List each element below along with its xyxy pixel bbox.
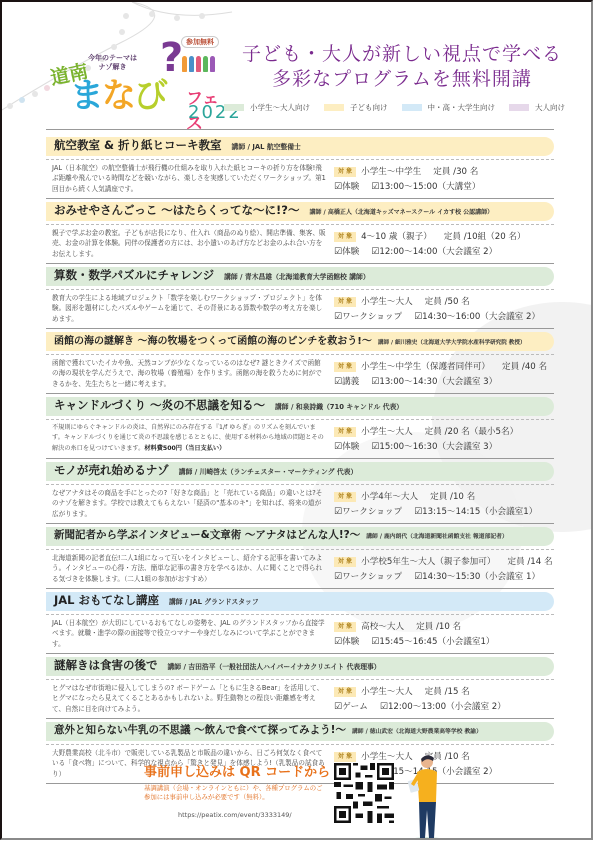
people-illustration-icon bbox=[182, 56, 215, 72]
program-title: 算数・数学パズルにチャレンジ bbox=[54, 267, 214, 283]
program-description: JAL（日本航空）の航空整備士が飛行機の仕組みを取り入れた紙ヒコーキの折り方を体… bbox=[46, 163, 326, 195]
legend-item: 小学生～大人向け bbox=[224, 102, 310, 113]
program-title: 謎解きは食害の後で bbox=[54, 657, 158, 673]
checkbox-icon: ☑ bbox=[334, 442, 342, 452]
program-lecturer: 講師 / JAL グランドスタッフ bbox=[169, 596, 259, 606]
program-lecturer: 講師 / 徳山武宏（北海道大野農業高等学校 教諭） bbox=[352, 726, 482, 735]
program-info: 対 象小学校5年生～大人（親子参加可）定員 /14 名 ☑ワークショップ☑14:… bbox=[326, 553, 553, 585]
flyer-page: 道南 今年のテーマは ナゾ解き ? 参加無料 まなび フェス 2022 子ども・… bbox=[0, 0, 593, 840]
program-title: モノが売れ始めるナゾ bbox=[54, 462, 169, 478]
program-info: 対 象小学生～大人定員 /20 名（最小5名） ☑体験☑15:00～16:30（… bbox=[326, 423, 518, 455]
program-item: JAL おもてなし講座 講師 / JAL グランドスタッフ JAL（日本航空）が… bbox=[46, 589, 554, 654]
registration-note: 基調講演（会場・オンラインともに）や、各種プログラムのご参加には事前申し込みが必… bbox=[144, 784, 324, 802]
person-with-tablet-illustration bbox=[405, 752, 445, 840]
qr-code[interactable] bbox=[334, 763, 394, 823]
program-title-bar: 函館の海の謎解き ～海の牧場をつくって函館の海のピンチを救おう!～ 講師 / 細… bbox=[46, 332, 554, 351]
logo-theme: 今年のテーマは ナゾ解き bbox=[88, 54, 137, 72]
program-lecturer: 講師 / 和泉詩織（710 キャンドル 代表） bbox=[275, 401, 403, 411]
program-title: 航空教室 & 折り紙ヒコーキ教室 bbox=[54, 137, 222, 153]
checkbox-icon: ☑ bbox=[334, 637, 342, 647]
program-title-bar: 意外と知らない牛乳の不思議 ～飲んで食べて探ってみよう!～ 講師 / 徳山武宏（… bbox=[46, 722, 554, 741]
checkbox-icon: ☑ bbox=[334, 572, 342, 582]
checkbox-icon: ☑ bbox=[414, 312, 422, 322]
program-item: 函館の海の謎解き ～海の牧場をつくって函館の海のピンチを救おう!～ 講師 / 細… bbox=[46, 329, 554, 394]
program-title-bar: 航空教室 & 折り紙ヒコーキ教室 講師 / JAL 航空整備士 bbox=[46, 137, 554, 156]
program-info: 対 象小学生～大人定員 /15 名 ☑ゲーム☑12:00～13:00（小会議室 … bbox=[326, 683, 506, 715]
program-title-bar: キャンドルづくり ～炎の不思議を知る～ 講師 / 和泉詩織（710 キャンドル … bbox=[46, 397, 554, 416]
program-lecturer: 講師 / 吉田浩平（一般社団法人ハイパーイナカクリエイト 代表理事） bbox=[168, 661, 381, 671]
target-tag: 対 象 bbox=[334, 167, 356, 177]
program-item: 航空教室 & 折り紙ヒコーキ教室 講師 / JAL 航空整備士 JAL（日本航空… bbox=[46, 134, 554, 199]
program-item: おみせやさんごっこ ～はたらくってな～に!?～ 講師 / 高橋正人（北海道キッズ… bbox=[46, 199, 554, 264]
program-title-bar: おみせやさんごっこ ～はたらくってな～に!?～ 講師 / 高橋正人（北海道キッズ… bbox=[46, 202, 554, 221]
question-mark-icon: ? bbox=[160, 38, 183, 78]
program-description: 北海道新聞の記者直伝!二人1組になって互いをインタビューし、紹介する記事を書いて… bbox=[46, 553, 326, 585]
program-title-bar: 算数・数学パズルにチャレンジ 講師 / 青木昌雄（北海道教育大学函館校 講師） bbox=[46, 267, 554, 286]
checkbox-icon: ☑ bbox=[334, 377, 342, 387]
program-title-bar: モノが売れ始めるナゾ 講師 / 川崎啓太（ランチェスター・マーケティング 代表） bbox=[46, 462, 554, 481]
target-tag: 対 象 bbox=[334, 427, 356, 437]
program-title: おみせやさんごっこ ～はたらくってな～に!?～ bbox=[54, 202, 299, 218]
program-description: 不規則にゆらぐキャンドルの炎は、自然界にのみ存在する『1/f ゆらぎ』のリズムを… bbox=[46, 423, 326, 455]
program-title: 意外と知らない牛乳の不思議 ～飲んで食べて探ってみよう!～ bbox=[54, 722, 346, 737]
target-tag: 対 象 bbox=[334, 297, 356, 307]
festival-logo: 道南 今年のテーマは ナゾ解き ? 参加無料 まなび フェス 2022 bbox=[42, 32, 232, 122]
program-info: 対 象高校～大人定員 /10 名 ☑体験☑15:45～16:45（小会議室1） bbox=[326, 618, 495, 650]
program-lecturer: 講師 / JAL 航空整備士 bbox=[232, 141, 301, 151]
program-description: 親子で学ぶお金の教室。子どもが店長になり、仕入れ（商品のぬり絵）、開店準備、集客… bbox=[46, 228, 326, 260]
registration-title: 事前申し込みは QR コードから bbox=[144, 761, 330, 780]
target-tag: 対 象 bbox=[334, 687, 356, 697]
program-list: 航空教室 & 折り紙ヒコーキ教室 講師 / JAL 航空整備士 JAL（日本航空… bbox=[46, 129, 554, 784]
program-item: 新聞記者から学ぶインタビュー&文章術 ～アナタはどんな人!?～ 講師 / 鹿内朗… bbox=[46, 524, 554, 589]
program-lecturer: 講師 / 鹿内朗代（北海道新聞社函館支社 報道部記者） bbox=[366, 531, 508, 540]
headline: 子ども・大人が新しい視点で学べる 多彩なプログラムを無料開講 bbox=[222, 42, 582, 92]
target-tag: 対 象 bbox=[334, 232, 356, 242]
program-item: 謎解きは食害の後で 講師 / 吉田浩平（一般社団法人ハイパーイナカクリエイト 代… bbox=[46, 654, 554, 719]
program-item: モノが売れ始めるナゾ 講師 / 川崎啓太（ランチェスター・マーケティング 代表）… bbox=[46, 459, 554, 524]
registration-footer: 事前申し込みは QR コードから 基調講演（会場・オンラインともに）や、各種プロ… bbox=[122, 752, 482, 840]
logo-name: まなび bbox=[70, 78, 166, 114]
program-item: 算数・数学パズルにチャレンジ 講師 / 青木昌雄（北海道教育大学函館校 講師） … bbox=[46, 264, 554, 329]
program-item: キャンドルづくり ～炎の不思議を知る～ 講師 / 和泉詩織（710 キャンドル … bbox=[46, 394, 554, 459]
program-description: ヒグマはなぜ市街地に侵入してしまうの? ボードゲーム「ともに生きるBear」を活… bbox=[46, 683, 326, 715]
audience-legend: 小学生～大人向け 子ども向け 中・高・大学生向け 大人向け bbox=[224, 102, 565, 113]
program-description: なぜアナタはその商品を手にとったの?「好きな商品」と「売れている商品」の違いとは… bbox=[46, 488, 326, 520]
checkbox-icon: ☑ bbox=[334, 702, 342, 712]
free-badge: 参加無料 bbox=[181, 36, 219, 48]
program-title: 新聞記者から学ぶインタビュー&文章術 ～アナタはどんな人!?～ bbox=[54, 527, 360, 542]
checkbox-icon: ☑ bbox=[334, 247, 342, 257]
program-lecturer: 講師 / 川崎啓太（ランチェスター・マーケティング 代表） bbox=[179, 466, 357, 476]
checkbox-icon: ☑ bbox=[380, 702, 388, 712]
program-lecturer: 講師 / 高橋正人（北海道キッズマネースクール イカす校 公認講師） bbox=[309, 207, 493, 216]
program-lecturer: 講師 / 細川雅史（北海道大学大学院水産科学研究院 教授） bbox=[378, 338, 526, 346]
legend-item: 中・高・大学生向け bbox=[402, 102, 496, 113]
program-description: 函館で獲れていたイカや魚、天然コンブが少なくなっているのはなぜ? 謎ときクイズで… bbox=[46, 358, 326, 390]
program-info: 対 象4～10 歳（親子）定員 /10組（20 名） ☑体験☑12:00～14:… bbox=[326, 228, 526, 260]
program-title-bar: JAL おもてなし講座 講師 / JAL グランドスタッフ bbox=[46, 592, 554, 611]
checkbox-icon: ☑ bbox=[334, 507, 342, 517]
checkbox-icon: ☑ bbox=[414, 572, 422, 582]
program-description: JAL（日本航空）が大切にしているおもてなしの姿勢を、JAL のグランドスタッフ… bbox=[46, 618, 326, 650]
program-info: 対 象小学4年～大人定員 /10 名 ☑ワークショップ☑13:15～14:15（… bbox=[326, 488, 537, 520]
target-tag: 対 象 bbox=[334, 492, 356, 502]
legend-item: 子ども向け bbox=[324, 102, 388, 113]
checkbox-icon: ☑ bbox=[334, 182, 342, 192]
program-title: 函館の海の謎解き ～海の牧場をつくって函館の海のピンチを救おう!～ bbox=[54, 332, 372, 347]
target-tag: 対 象 bbox=[334, 362, 356, 372]
program-lecturer: 講師 / 青木昌雄（北海道教育大学函館校 講師） bbox=[224, 271, 370, 281]
target-tag: 対 象 bbox=[334, 557, 356, 567]
target-tag: 対 象 bbox=[334, 622, 356, 632]
program-title-bar: 新聞記者から学ぶインタビュー&文章術 ～アナタはどんな人!?～ 講師 / 鹿内朗… bbox=[46, 527, 554, 546]
program-info: 対 象小学生～大人定員 /50 名 ☑ワークショップ☑14:30～16:00（大… bbox=[326, 293, 540, 325]
program-title: JAL おもてなし講座 bbox=[54, 592, 159, 608]
checkbox-icon: ☑ bbox=[334, 312, 342, 322]
program-info: 対 象小学生～中学生定員 /30 名 ☑体験☑13:00～15:00（大講堂） bbox=[326, 163, 480, 195]
program-description: 教育大の学生による地域プロジェクト「数学を楽しむワークショップ・プロジェクト」を… bbox=[46, 293, 326, 325]
program-info: 対 象小学生～中学生（保護者同伴可）定員 /40 名 ☑講義☑13:00～14:… bbox=[326, 358, 547, 390]
program-title: キャンドルづくり ～炎の不思議を知る～ bbox=[54, 397, 265, 413]
program-title-bar: 謎解きは食害の後で 講師 / 吉田浩平（一般社団法人ハイパーイナカクリエイト 代… bbox=[46, 657, 554, 676]
registration-url[interactable]: https://peatix.com/event/3333149/ bbox=[178, 811, 292, 819]
checkbox-icon: ☑ bbox=[414, 507, 422, 517]
legend-item: 大人向け bbox=[509, 102, 565, 113]
